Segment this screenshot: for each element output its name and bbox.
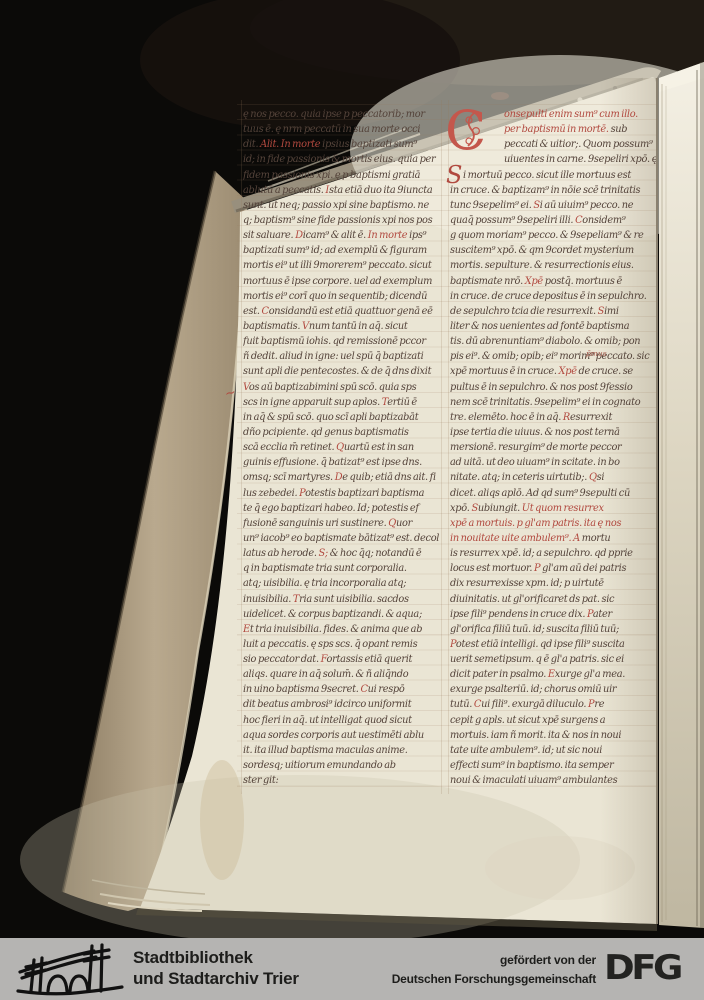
ink-text: mortu <box>580 533 610 544</box>
ink-text: luit a peccatis. ę sps scs. q̄ opant rem… <box>243 639 417 650</box>
ink-text: sio peccator dat. <box>243 654 321 665</box>
manuscript-line: omsq; scī martyres. De quib; etiā dns ai… <box>243 470 448 485</box>
manuscript-line: i mortuū pecco. sicut ille mortuus est <box>450 168 656 183</box>
manuscript-line: tre. elemēto. hoc ē in aq̄. Resurrexit <box>450 410 656 425</box>
ink-text: q; baptism⁹ sine fide passionis xpi nos … <box>243 215 432 226</box>
ink-text: otestis baptizari baptisma <box>305 488 424 499</box>
manuscript-line: tuus ē. ę nrm peccatū in sua morte occi <box>243 122 448 137</box>
ink-text: in cruce. de cruce depositus ē in sepulc… <box>450 291 647 302</box>
ink-text: fidem passionis xpi. ę p baptismi gratiā <box>243 170 420 181</box>
ink-text: locus est mortuor. <box>450 563 534 574</box>
manuscript-line: mortuus ē ipse corpore. uel ad exemplum <box>243 274 448 289</box>
ink-text: mortis ei⁹ ut illi 9morerem⁹ peccato. si… <box>243 260 432 271</box>
manuscript-line: ę nos pecco. quia ipse p peccatorib; mor <box>243 107 448 122</box>
ink-text: lus zebedei. <box>243 488 299 499</box>
manuscript-line: dicit pater in psalmo. Exurge gl'a mea. <box>450 667 656 682</box>
manuscript-line: ster git: <box>243 773 448 788</box>
ink-text: ui respō <box>368 684 405 695</box>
manuscript-line: mersionē. resurgim⁹ de morte peccor <box>450 440 656 455</box>
ink-text: est. <box>243 306 262 317</box>
ink-text: omsq; scī martyres. <box>243 472 335 483</box>
ink-text: mortuus ē ipse corpore. uel ad exemplum <box>243 276 432 287</box>
rubric-text: Q <box>336 442 344 453</box>
manuscript-line: sordesq; uitiorum emundando ab <box>243 758 448 773</box>
rubric-text: xpē a mortuis. p gl'am patris. ita ę nos <box>450 518 621 529</box>
initial-c-flourish <box>460 110 486 150</box>
ink-text: mortis. sepulture. & resurrectionis eius… <box>450 260 634 271</box>
initial-s: S <box>446 162 462 188</box>
manuscript-line: sit saluare. Dicam⁹ & alit ē. In morte i… <box>243 228 448 243</box>
ink-text: re <box>594 699 604 710</box>
ink-text: tunc 9sepelim⁹ ei. <box>450 200 533 211</box>
ink-text: uiuentes in carne. 9sepeliri xpō. ę. <box>504 154 656 165</box>
funding-credit: gefördert von der Deutschen Forschungsge… <box>300 951 596 989</box>
ink-text: mortuis. iam ñ morit. ita & nos in noui <box>450 730 621 741</box>
ink-text: tate uite ambulem⁹. id; ut sic noui <box>450 745 602 756</box>
manuscript-line: est. Considandū est etiā quattuor genā e… <box>243 304 448 319</box>
ink-text: un⁹ iacob⁹ eo baptismate bātizat⁹ est. d… <box>243 533 439 544</box>
ink-text: ablutū a peccatis. <box>243 185 325 196</box>
ink-text: in uino baptisma 9secret. <box>243 684 360 695</box>
ink-text: g quom moriam⁹ pecco. & 9sepeliam⁹ & re <box>450 230 643 241</box>
stadtbibliothek-trier-logo <box>14 941 126 997</box>
ink-text: cepit g apls. ut sicut xpē surgens a <box>450 715 605 726</box>
manuscript-line: diuinitatis. ut gl'orificaret ds pat. si… <box>450 592 656 607</box>
ink-text: dicet. aliqs aplō. Ad qd sum⁹ 9sepulti c… <box>450 488 630 499</box>
manuscript-line: dicet. aliqs aplō. Ad qd sum⁹ 9sepulti c… <box>450 486 656 501</box>
ink-text: ria sunt uisibilia. sacdos <box>299 594 409 605</box>
ink-text: scā ecclia m̄ retinet. <box>243 442 336 453</box>
manuscript-line: id; in fide passionis & mortis eius. qui… <box>243 152 448 167</box>
ink-text: onsidem⁹ <box>582 215 625 226</box>
manuscript-line: g quom moriam⁹ pecco. & 9sepeliam⁹ & re <box>450 228 656 243</box>
manuscript-line: xpē mortuus ē in cruce. Xpē de cruce. se <box>450 364 656 379</box>
ink-text: nitate. atq; in ceteris uirtutib;. <box>450 472 589 483</box>
manuscript-line: pis ei⁹. & omib; opib; ei⁹ morim⁹ peccat… <box>450 349 656 364</box>
parchment-stain <box>200 760 244 880</box>
ink-text: icam⁹ & alit ē. <box>303 230 368 241</box>
manuscript-line: de sepulchro tcia die resurrexit. Simi <box>450 304 656 319</box>
ink-text: guinis effusione. q̄ batizat⁹ est ipse d… <box>243 457 422 468</box>
manuscript-line: te q̄ ego baptizari habeo. Id; potestis … <box>243 501 448 516</box>
ink-text: ater <box>593 609 612 620</box>
ink-text: sunt. ut neq; passio xpi sine baptismo. … <box>243 200 429 211</box>
rubric-text: Xpē <box>559 366 577 377</box>
ink-text: sunt apli die pentecostes. & de q̄ dns d… <box>243 366 431 377</box>
manuscript-line: hoc fieri in aq̄. ut intelligat quod sic… <box>243 713 448 728</box>
ink-text: ipse fili⁹ pendens in cruce dix. <box>450 609 587 620</box>
ink-text: baptismatis. <box>243 321 302 332</box>
ink-text: i mortuū pecco. sicut ille mortuus est <box>463 170 631 181</box>
ink-text: uor <box>396 518 412 529</box>
ink-text: inuisibilia. <box>243 594 293 605</box>
manuscript-line: dix resurrexisse xpm. id; p uirtutē <box>450 576 656 591</box>
interlinear-gloss: p̄mus <box>586 350 607 358</box>
ink-text: pultus ē in sepulchro. & nos post 9fessi… <box>450 382 632 393</box>
ink-text: t tria inuisibilia. fides. & anima que a… <box>250 624 422 635</box>
manuscript-line: locus est mortuor. P gl'am aū dei patris <box>450 561 656 576</box>
vertical-ruling <box>448 100 449 794</box>
ink-text: imi <box>604 306 619 317</box>
manuscript-line: quaq̄ possum⁹ 9sepeliri illi. Considem⁹ <box>450 213 656 228</box>
manuscript-line: lus zebedei. Potestis baptizari baptisma <box>243 486 448 501</box>
manuscript-line: is resurrex xpē. id; a sepulchro. qd ppr… <box>450 546 656 561</box>
ink-text: latus ab herode. <box>243 548 318 559</box>
manuscript-line: atq; uisibilia. ę tria incorporalia atq; <box>243 576 448 591</box>
ink-text: aqua sordes corporis aut uestimēti ablu <box>243 730 424 741</box>
manuscript-line: mortis ei⁹ corī quo in sequentib; dicend… <box>243 289 448 304</box>
ink-text: ui fili⁹. exurgā diluculo. <box>481 699 588 710</box>
ink-text: dit. <box>243 139 260 150</box>
ink-text: ortassis etiā querit <box>327 654 413 665</box>
manuscript-line: scs in igne apparuit sup aplos. Tertiū ē <box>243 395 448 410</box>
ink-text: tuus ē. ę nrm peccatū in sua morte occi <box>243 124 420 135</box>
manuscript-line: un⁹ iacob⁹ eo baptismate bātizat⁹ est. d… <box>243 531 448 546</box>
manuscript-line: fidem passionis xpi. ę p baptismi gratiā <box>243 168 448 183</box>
rubric-text: Q <box>388 518 396 529</box>
library-name-line1: Stadtbibliothek <box>133 947 299 968</box>
rubric-text: In morte <box>368 230 408 241</box>
ink-text: dño pcipiente. qd genus baptismatis <box>243 427 409 438</box>
ink-text: nem scē trinitatis. 9sepelim⁹ ei in cogn… <box>450 397 640 408</box>
manuscript-line: dño pcipiente. qd genus baptismatis <box>243 425 448 440</box>
ink-text: si <box>597 472 605 483</box>
manuscript-line: in cruce. de cruce depositus ē in sepulc… <box>450 289 656 304</box>
funding-line2: Deutschen Forschungsgemeinschaft <box>300 970 596 989</box>
rubric-text: Ut quom resurrex <box>522 503 604 514</box>
rubric-text: D <box>295 230 303 241</box>
ink-text: uidelicet. & corpus baptizandi. & aqua; <box>243 609 422 620</box>
ink-text: ad uitā. ut deo uiuam⁹ in scitate. in bo <box>450 457 620 468</box>
manuscript-line: aqua sordes corporis aut uestimēti ablu <box>243 728 448 743</box>
ink-text: e quib; etiā dns ait. fi <box>342 472 436 483</box>
right-text-column: onsepulti enim sum⁹ cum illo.per baptism… <box>450 107 656 788</box>
ink-text: sordesq; uitiorum emundando ab <box>243 760 396 771</box>
ink-text: exurge psalteriū. id; chorus omiū uir <box>450 684 616 695</box>
ink-text: sub <box>611 124 628 135</box>
ink-text: gl'orifica filiū tuū. id; suscita filiū … <box>450 624 619 635</box>
manuscript-line: baptizati sum⁹ id; ad exemplū & figuram <box>243 243 448 258</box>
manuscript-line: xpō. Subiungit. Ut quom resurrex <box>450 501 656 516</box>
manuscript-line: Potest etiā intelligi. qd ipse fili⁹ sus… <box>450 637 656 652</box>
ink-text: ę nos pecco. quia ipse p peccatorib; mor <box>243 109 425 120</box>
rubric-text: per baptismū in mortē. <box>504 124 611 135</box>
rubric-text: C <box>262 306 269 317</box>
manuscript-line: mortis ei⁹ ut illi 9morerem⁹ peccato. si… <box>243 258 448 273</box>
ink-text: de cruce. se <box>577 366 633 377</box>
manuscript-line: q; baptism⁹ sine fide passionis xpi nos … <box>243 213 448 228</box>
ink-text: atq; uisibilia. ę tria incorporalia atq; <box>243 578 406 589</box>
ink-text: num tantū in aq̄. sicut <box>309 321 408 332</box>
ink-text: xpō. <box>450 503 471 514</box>
ink-text: tre. elemēto. hoc ē in aq̄. <box>450 412 563 423</box>
ink-text: uartū est in san <box>344 442 414 453</box>
ink-text: dicit pater in psalmo. <box>450 669 548 680</box>
manuscript-line: uidelicet. & corpus baptizandi. & aqua; <box>243 607 448 622</box>
ink-text: ster git: <box>243 775 279 786</box>
manuscript-line: xpē a mortuis. p gl'am patris. ita ę nos <box>450 516 656 531</box>
ink-text: mersionē. resurgim⁹ de morte peccor <box>450 442 621 453</box>
manuscript-line: sio peccator dat. Fortassis etiā querit <box>243 652 448 667</box>
rubric-text: E <box>243 624 250 635</box>
rubric-text: Alit. In morte <box>260 139 320 150</box>
funding-line1: gefördert von der <box>300 951 596 970</box>
manuscript-line: mortuis. iam ñ morit. ita & nos in noui <box>450 728 656 743</box>
manuscript-line: mortis. sepulture. & resurrectionis eius… <box>450 258 656 273</box>
ink-text: hoc fieri in aq̄. ut intelligat quod sic… <box>243 715 412 726</box>
dfg-logo: DFG <box>604 946 680 990</box>
ink-text: fusionē sanguinis uri sustinere. <box>243 518 388 529</box>
ink-text: baptismate nrō. <box>450 276 525 287</box>
manuscript-line: it. ita illud baptisma maculas anime. <box>243 743 448 758</box>
manuscript-line: luit a peccatis. ę sps scs. q̄ opant rem… <box>243 637 448 652</box>
rubric-text: E <box>548 669 555 680</box>
manuscript-line: fusionē sanguinis uri sustinere. Quor <box>243 516 448 531</box>
manuscript-line: nem scē trinitatis. 9sepelim⁹ ei in cogn… <box>450 395 656 410</box>
ink-text: de sepulchro tcia die resurrexit. <box>450 306 598 317</box>
rubric-text: A <box>573 533 580 544</box>
ink-text: os aū baptizabimini spū scō. quia sps <box>249 382 416 393</box>
ink-text: postq̄. mortuus ē <box>543 276 622 287</box>
manuscript-line: in uino baptisma 9secret. Cui respō <box>243 682 448 697</box>
manuscript-line: liter & nos uenientes ad fontē baptisma <box>450 319 656 334</box>
ink-text: baptizati sum⁹ id; ad exemplū & figuram <box>243 245 427 256</box>
manuscript-line: ñ dedit. aliud in igne: uel spū q̄ bapti… <box>243 349 448 364</box>
ink-text: te q̄ ego baptizari habeo. Id; potestis … <box>243 503 419 514</box>
rubric-text: S; <box>318 548 327 559</box>
manuscript-line: latus ab herode. S; & hoc q̄q; notandū ē <box>243 546 448 561</box>
manuscript-line: dit. Alit. In morte ipsius baptizati sum… <box>243 137 448 152</box>
ink-text: q in baptismate tria sunt corporalia. <box>243 563 407 574</box>
manuscript-line: nitate. atq; in ceteris uirtutib;. Qsi <box>450 470 656 485</box>
manuscript-line: ipse tertia die uiuus. & nos post ternā <box>450 425 656 440</box>
manuscript-line: sunt apli die pentecostes. & de q̄ dns d… <box>243 364 448 379</box>
manuscript-line: baptismate nrō. Xpē postq̄. mortuus ē <box>450 274 656 289</box>
ink-text: id; in fide passionis & mortis eius. qui… <box>243 154 435 165</box>
manuscript-line: aliqs. quare in aq̄ solum̄. & ñ aliq̄ndo <box>243 667 448 682</box>
rubric-text: R <box>563 412 570 423</box>
rubric-text: Xpē <box>525 276 543 287</box>
manuscript-line: q in baptismate tria sunt corporalia. <box>243 561 448 576</box>
ink-text: ipsius baptizati sum⁹ <box>320 139 417 150</box>
ink-text: sit saluare. <box>243 230 295 241</box>
ink-text: ipse tertia die uiuus. & nos post ternā <box>450 427 620 438</box>
manuscript-line: tunc 9sepelim⁹ ei. Si aū uiuim⁹ pecco. n… <box>450 198 656 213</box>
manuscript-line: noui & imaculati uiuam⁹ ambulantes <box>450 773 656 788</box>
rubric-text: V <box>302 321 309 332</box>
manuscript-line: ad uitā. ut deo uiuam⁹ in scitate. in bo <box>450 455 656 470</box>
ink-text: scs in igne apparuit sup aplos. <box>243 397 382 408</box>
manuscript-line: scā ecclia m̄ retinet. Quartū est in san <box>243 440 448 455</box>
ink-text: mortis ei⁹ corī quo in sequentib; dicend… <box>243 291 427 302</box>
ink-text: quaq̄ possum⁹ 9sepeliri illi. <box>450 215 575 226</box>
rubric-text: Q <box>589 472 597 483</box>
manuscript-line: ipse fili⁹ pendens in cruce dix. Pater <box>450 607 656 622</box>
rubric-text: C <box>360 684 367 695</box>
rubric-text: in nouitate uite ambulem⁹. <box>450 533 573 544</box>
manuscript-line: gl'orifica filiū tuū. id; suscita filiū … <box>450 622 656 637</box>
ink-text: uerit semetipsum. q ē gl'a patris. sic e… <box>450 654 624 665</box>
ink-text: xpē mortuus ē in cruce. <box>450 366 559 377</box>
ink-text: in cruce. & baptizam⁹ in nōie scē trinit… <box>450 185 640 196</box>
ink-text: effecti sum⁹ in baptismo. ita semper <box>450 760 614 771</box>
ink-text: diuinitatis. ut gl'orificaret ds pat. si… <box>450 594 614 605</box>
ink-text: dix resurrexisse xpm. id; p uirtutē <box>450 578 604 589</box>
manuscript-line: inuisibilia. Tria sunt uisibilia. sacdos <box>243 592 448 607</box>
manuscript-line: fuit baptismū iohis. qd remissionē pccor <box>243 334 448 349</box>
manuscript-line: dit beatus ambrosi⁹ idcirco uniformit <box>243 697 448 712</box>
ink-text: ips⁹ <box>407 230 426 241</box>
ink-text: noui & imaculati uiuam⁹ ambulantes <box>450 775 617 786</box>
manuscript-line: suscitem⁹ xpō. & qm 9cordet mysterium <box>450 243 656 258</box>
manuscript-line: in aq̄ & spū scō. quo scī apli baptizabā… <box>243 410 448 425</box>
manuscript-line: Et tria inuisibilia. fides. & anima que … <box>243 622 448 637</box>
manuscript-photograph: ę nos pecco. quia ipse p peccatorib; mor… <box>0 0 704 1000</box>
manuscript-line: in nouitate uite ambulem⁹. A mortu <box>450 531 656 546</box>
ink-text: it. ita illud baptisma maculas anime. <box>243 745 408 756</box>
rubric-text: onsepulti enim sum⁹ cum illo. <box>504 109 638 120</box>
left-text-column: ę nos pecco. quia ipse p peccatorib; mor… <box>243 107 448 788</box>
ink-text: liter & nos uenientes ad fontē baptisma <box>450 321 629 332</box>
manuscript-line: tis. dū abrenuntiam⁹ diabolo. & omib; po… <box>450 334 656 349</box>
ink-text: is resurrex xpē. id; a sepulchro. qd ppr… <box>450 548 633 559</box>
library-name: Stadtbibliothek und Stadtarchiv Trier <box>133 947 299 989</box>
decorated-initial-c: C <box>445 100 505 166</box>
ink-text: & hoc q̄q; notandū ē <box>328 548 422 559</box>
ink-text: ertiū ē <box>387 397 417 408</box>
manuscript-line: in cruce. & baptizam⁹ in nōie scē trinit… <box>450 183 656 198</box>
ink-text: ubiungit. <box>478 503 522 514</box>
ink-text: i aū uiuim⁹ pecco. ne <box>540 200 634 211</box>
ink-text: otest etiā intelligi. qd ipse fili⁹ susc… <box>456 639 625 650</box>
footer-banner: Stadtbibliothek und Stadtarchiv Trier ge… <box>0 938 704 1000</box>
ink-text: peccati & uitior;. Quom possum⁹ <box>504 139 653 150</box>
manuscript-line: sunt. ut neq; passio xpi sine baptismo. … <box>243 198 448 213</box>
manuscript-line: tate uite ambulem⁹. id; ut sic noui <box>450 743 656 758</box>
ink-text: gl'am aū dei patris <box>540 563 626 574</box>
ink-text: fuit baptismū iohis. qd remissionē pccor <box>243 336 426 347</box>
ink-text: tutū. <box>450 699 474 710</box>
manuscript-line: ablutū a peccatis. Ista etiā duo ita 9iu… <box>243 183 448 198</box>
manuscript-line: cepit g apls. ut sicut xpē surgens a <box>450 713 656 728</box>
ink-text: dit beatus ambrosi⁹ idcirco uniformit <box>243 699 411 710</box>
ink-text: tis. dū abrenuntiam⁹ diabolo. & omib; po… <box>450 336 640 347</box>
manuscript-line: exurge psalteriū. id; chorus omiū uir <box>450 682 656 697</box>
manuscript-line: uerit semetipsum. q ē gl'a patris. sic e… <box>450 652 656 667</box>
ink-text: ñ dedit. aliud in igne: uel spū q̄ bapti… <box>243 351 423 362</box>
manuscript-line: effecti sum⁹ in baptismo. ita semper <box>450 758 656 773</box>
ink-text: onsidandū est etiā quattuor genā eē <box>269 306 433 317</box>
ink-text: xurge gl'a mea. <box>555 669 625 680</box>
vertical-ruling <box>241 100 242 794</box>
ink-text: pis ei⁹. & omib; opib; ei⁹ morim⁹ peccat… <box>450 351 649 362</box>
ink-text: aliqs. quare in aq̄ solum̄. & ñ aliq̄ndo <box>243 669 408 680</box>
ink-text: in aq̄ & spū scō. quo scī apli baptizabā… <box>243 412 418 423</box>
manuscript-line: guinis effusione. q̄ batizat⁹ est ipse d… <box>243 455 448 470</box>
ink-text: sta etiā duo ita 9iuncta <box>329 185 432 196</box>
library-name-line2: und Stadtarchiv Trier <box>133 968 299 989</box>
manuscript-line: tutū. Cui fili⁹. exurgā diluculo. Pre <box>450 697 656 712</box>
ink-text: esurrexit <box>570 412 612 423</box>
manuscript-line: pultus ē in sepulchro. & nos post 9fessi… <box>450 380 656 395</box>
manuscript-line: baptismatis. Vnum tantū in aq̄. sicut <box>243 319 448 334</box>
ink-text: suscitem⁹ xpō. & qm 9cordet mysterium <box>450 245 634 256</box>
manuscript-line: Vos aū baptizabimini spū scō. quia sps <box>243 380 448 395</box>
